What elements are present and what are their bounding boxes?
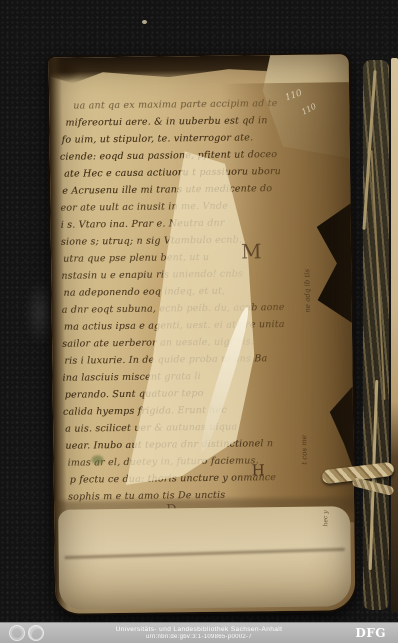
large-initial: M: [241, 239, 262, 263]
large-initial: H: [252, 461, 265, 479]
manuscript-page: ua ant qa ex maxima parte accipim ad tem…: [49, 54, 356, 614]
book-block-edge: [391, 58, 398, 612]
margin-gloss: hec y: [322, 510, 329, 526]
library-name: Universitäts- und Landesbibliothek Sachs…: [0, 626, 398, 634]
footer-bar: Universitäts- und Landesbibliothek Sachs…: [0, 622, 398, 643]
footer-text: Universitäts- und Landesbibliothek Sachs…: [0, 625, 398, 641]
dust-speck: [142, 20, 147, 24]
urn-identifier: urn:nbn:de:gbv:3:1-109865-p0002-7: [0, 634, 398, 641]
margin-gloss: t cos me: [300, 435, 308, 465]
background-smudge: [26, 280, 54, 346]
margin-gloss: ne adq ib tis: [303, 269, 312, 313]
binding-threads: [363, 60, 389, 610]
dfg-logo: DFG: [355, 626, 386, 640]
